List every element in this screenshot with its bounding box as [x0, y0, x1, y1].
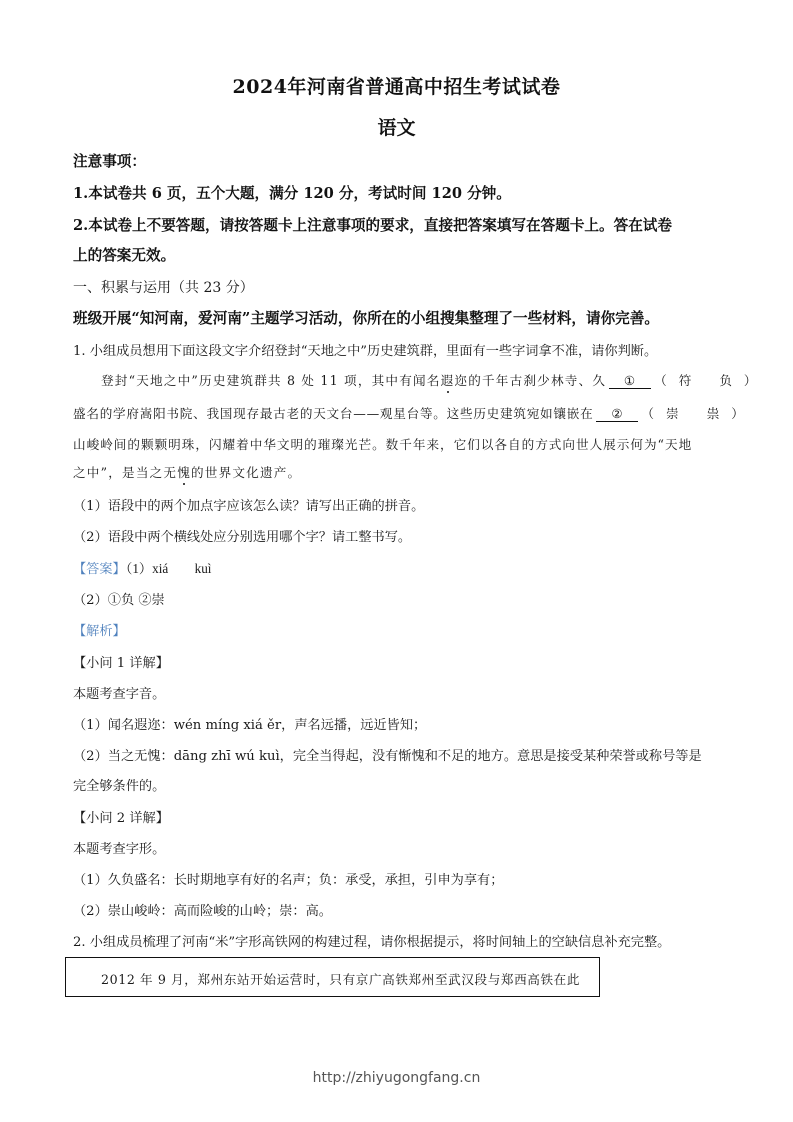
answer-part-1: （1）xiá kuì — [126, 561, 212, 576]
analysis-label: 【解析】 — [73, 620, 126, 639]
blank-2: ② — [596, 406, 638, 422]
passage-text: 盛名的学府嵩阳书院、我国现存最古老的天文台——观星台等。这些历史建筑宛如镶嵌在 — [73, 406, 593, 421]
analysis-q1-heading: 【小问 1 详解】 — [73, 652, 169, 671]
question-2-prompt: 2. 小组成员梳理了河南“米”字形高铁网的构建过程，请你根据提示，将时间轴上的空… — [73, 931, 670, 950]
passage-line-2: 盛名的学府嵩阳书院、我国现存最古老的天文台——观星台等。这些历史建筑宛如镶嵌在②… — [73, 403, 756, 422]
passage-text: 迩的千年古刹少林寺、久 — [454, 373, 606, 388]
analysis-q1-intro: 本题考查字音。 — [73, 683, 165, 702]
options-2: （崇 祟） — [641, 406, 755, 421]
question-1-prompt: 1. 小组成员想用下面这段文字介绍登封“天地之中”历史建筑群，里面有一些字词拿不… — [73, 340, 657, 359]
analysis-q1-item-2-line-1: （2）当之无愧：dāng zhī wú kuì，完全当得起，没有惭愧和不足的地方… — [73, 745, 702, 764]
notice-item-1: 1.本试卷共 6 页，五个大题，满分 120 分，考试时间 120 分钟。 — [73, 182, 511, 203]
passage-text: 登封“天地之中”历史建筑群共 8 处 11 项，其中有闻名 — [101, 373, 441, 388]
timeline-box-text: 2012 年 9 月，郑州东站开始运营时，只有京广高铁郑州至武汉段与郑西高铁在此 — [101, 969, 580, 988]
dotted-char: 愧 — [177, 465, 191, 480]
analysis-q2-item-1: （1）久负盛名：长时期地享有好的名声；负：承受，承担，引申为享有； — [73, 869, 503, 888]
section-1-intro: 班级开展“知河南，爱河南”主题学习活动，你所在的小组搜集整理了一些材料，请你完善… — [73, 307, 659, 328]
section-1-heading: 一、积累与运用（共 23 分） — [73, 277, 254, 297]
analysis-q1-item-2-line-2: 完全够条件的。 — [73, 775, 165, 794]
notice-item-2-line-2: 上的答案无效。 — [73, 244, 175, 265]
analysis-q2-intro: 本题考查字形。 — [73, 838, 165, 857]
passage-line-1: 登封“天地之中”历史建筑群共 8 处 11 项，其中有闻名遐迩的千年古刹少林寺、… — [101, 370, 769, 389]
answer-label: 【答案】 — [73, 562, 126, 577]
sub-question-2: （2）语段中两个横线处应分别选用哪个字？请工整书写。 — [73, 526, 411, 545]
passage-line-3: 山峻岭间的颗颗明珠，闪耀着中华文明的璀璨光芒。数千年来，它们以各自的方式向世人展… — [73, 434, 692, 453]
passage-text: 之中”，是当之无 — [73, 465, 177, 480]
footer-url: http://zhiyugongfang.cn — [0, 1070, 793, 1086]
exam-subject: 语文 — [0, 113, 793, 140]
blank-1: ① — [609, 373, 651, 389]
exam-title: 2024年河南省普通高中招生考试试卷 — [0, 72, 793, 99]
analysis-q1-item-1: （1）闻名遐迩：wén míng xiá ěr，声名远播，远近皆知； — [73, 714, 426, 733]
answer-line-2: （2）①负 ②崇 — [73, 589, 165, 608]
notice-heading: 注意事项： — [73, 150, 146, 171]
analysis-q2-heading: 【小问 2 详解】 — [73, 807, 169, 826]
dotted-char: 遐 — [441, 373, 455, 388]
passage-text: 的世界文化遗产。 — [191, 465, 301, 480]
answer-line-1: 【答案】（1）xiá kuì — [73, 558, 211, 577]
notice-item-2-line-1: 2.本试卷上不要答题，请按答题卡上注意事项的要求，直接把答案填写在答题卡上。答在… — [73, 214, 672, 235]
sub-question-1: （1）语段中的两个加点字应该怎么读？请写出正确的拼音。 — [73, 495, 424, 514]
analysis-q2-item-2: （2）崇山峻岭：高而险峻的山岭；崇：高。 — [73, 900, 332, 919]
passage-line-4: 之中”，是当之无愧的世界文化遗产。 — [73, 462, 301, 481]
options-1: （符 负） — [654, 373, 768, 388]
